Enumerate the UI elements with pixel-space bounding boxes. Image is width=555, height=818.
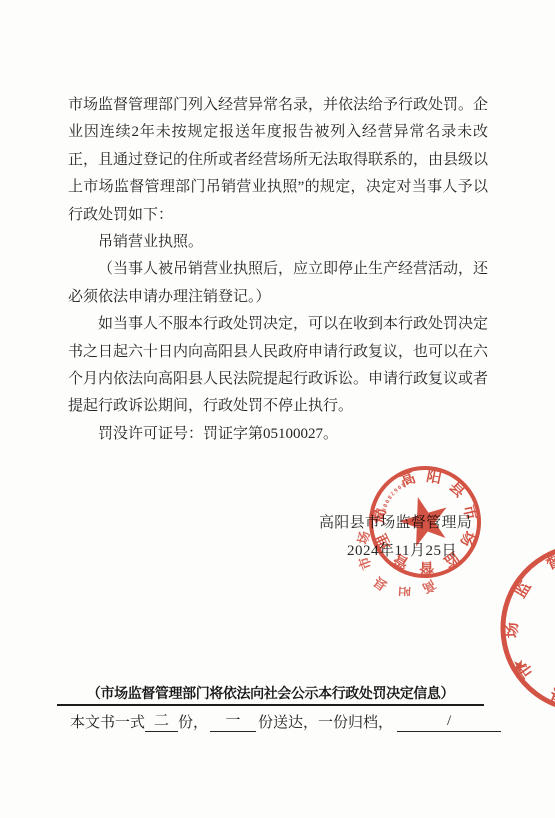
svg-text:8: 8 xyxy=(386,494,393,500)
svg-text:0: 0 xyxy=(396,483,402,490)
copies-distribution-line: 本文书一式二份，一份送达，一份归档，/ xyxy=(70,711,530,732)
archive-blank: / xyxy=(397,713,501,732)
copies-count-value: 二 xyxy=(154,713,169,729)
svg-text:县: 县 xyxy=(371,574,390,594)
issuing-authority-name: 高阳县市场监督管理局 xyxy=(319,511,472,532)
svg-text:县: 县 xyxy=(446,478,469,501)
copies-prefix: 本文书一式 xyxy=(70,715,145,731)
svg-text:2: 2 xyxy=(389,490,395,496)
document-body-text: 市场监督管理部门列入经营异常名录，并依法给予行政处罚。企业因连续2年未按规定报送… xyxy=(68,92,488,448)
copies-count-blank: 二 xyxy=(145,713,178,732)
svg-text:场: 场 xyxy=(503,622,521,639)
copies-mid2: 份送达，一份归档， xyxy=(258,715,393,731)
svg-text:督: 督 xyxy=(419,559,435,577)
paragraph: 罚没许可证号：罚证字第05100027。 xyxy=(68,421,488,448)
paragraph: （当事人被吊销营业执照后，应立即停止生产经营活动，还必须依法申请办理注销登记。） xyxy=(68,256,488,311)
svg-text:阳: 阳 xyxy=(425,467,443,488)
scanned-document-page: 市场监督管理部门列入经营异常名录，并依法给予行政处罚。企业因连续2年未按规定报送… xyxy=(0,0,555,818)
svg-text:阳: 阳 xyxy=(397,585,411,596)
svg-text:高: 高 xyxy=(420,577,439,596)
paragraph: 市场监督管理部门列入经营异常名录，并依法给予行政处罚。企业因连续2年未按规定报送… xyxy=(68,92,488,229)
svg-text:市: 市 xyxy=(512,658,537,682)
svg-text:县: 县 xyxy=(547,685,555,709)
svg-text:高: 高 xyxy=(397,468,418,490)
paragraph: 如当事人不服本行政处罚决定，可以在收到本行政处罚决定书之日起六十日内向高阳县人民… xyxy=(68,311,488,421)
public-disclosure-notice: （市场监督管理部门将依法向社会公示本行政处罚决定信息） xyxy=(57,683,484,703)
svg-text:6: 6 xyxy=(392,486,398,492)
delivered-count-value: 一 xyxy=(226,713,241,729)
copies-mid1: 份， xyxy=(178,715,208,731)
delivered-count-blank: 一 xyxy=(210,713,256,732)
svg-text:3: 3 xyxy=(400,481,406,488)
footer-divider-line xyxy=(57,704,484,706)
svg-text:0: 0 xyxy=(381,503,388,508)
decision-date: 2024年11月25日 xyxy=(347,539,457,560)
svg-text:督: 督 xyxy=(543,550,555,573)
svg-text:监: 监 xyxy=(510,578,535,602)
archive-slash-value: / xyxy=(447,713,451,729)
paragraph: 吊销营业执照。 xyxy=(68,229,488,256)
svg-text:0: 0 xyxy=(383,498,390,504)
svg-text:1: 1 xyxy=(405,478,410,485)
